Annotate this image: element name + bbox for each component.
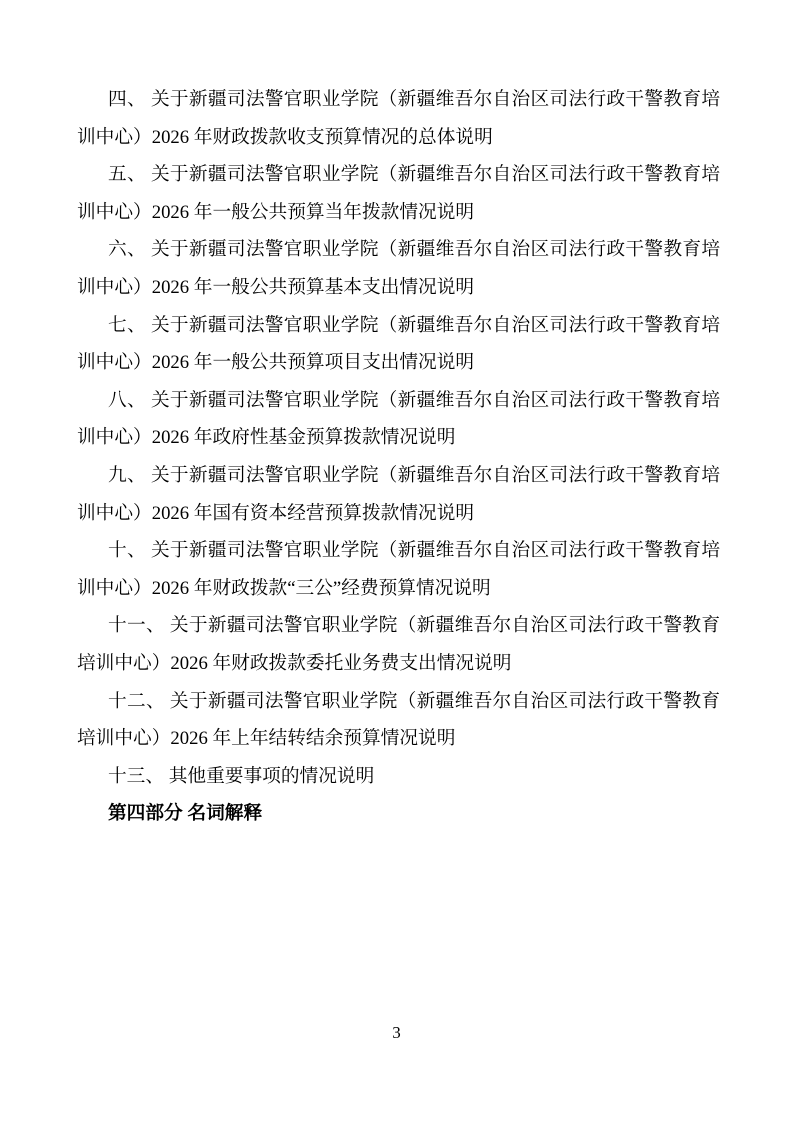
page-number: 3 bbox=[0, 1022, 793, 1044]
toc-item: 六、 关于新疆司法警官职业学院（新疆维吾尔自治区司法行政干警教育培训中心）202… bbox=[77, 231, 720, 306]
toc-item: 五、 关于新疆司法警官职业学院（新疆维吾尔自治区司法行政干警教育培训中心）202… bbox=[77, 156, 720, 231]
toc-item-number: 七、 bbox=[108, 315, 146, 336]
toc-item-number: 六、 bbox=[108, 239, 146, 260]
toc-item: 四、 关于新疆司法警官职业学院（新疆维吾尔自治区司法行政干警教育培训中心）202… bbox=[77, 81, 720, 156]
toc-item-number: 五、 bbox=[108, 164, 146, 185]
toc-item-number: 九、 bbox=[108, 465, 146, 486]
toc-item-number: 十三、 bbox=[108, 766, 164, 787]
toc-item-title: 关于新疆司法警官职业学院（新疆维吾尔自治区司法行政干警教育培训中心）2026 年… bbox=[77, 615, 720, 674]
toc-item-number: 八、 bbox=[108, 390, 146, 411]
toc-item: 十三、 其他重要事项的情况说明 bbox=[77, 758, 720, 796]
toc-item-title: 关于新疆司法警官职业学院（新疆维吾尔自治区司法行政干警教育培训中心）2026 年… bbox=[77, 239, 720, 298]
toc-item-title: 其他重要事项的情况说明 bbox=[169, 766, 375, 787]
toc-item-title: 关于新疆司法警官职业学院（新疆维吾尔自治区司法行政干警教育培训中心）2026 年… bbox=[77, 164, 720, 223]
toc-item-title: 关于新疆司法警官职业学院（新疆维吾尔自治区司法行政干警教育培训中心）2026 年… bbox=[77, 315, 720, 374]
toc-item-title: 关于新疆司法警官职业学院（新疆维吾尔自治区司法行政干警教育培训中心）2026 年… bbox=[77, 540, 720, 599]
document-page: 四、 关于新疆司法警官职业学院（新疆维吾尔自治区司法行政干警教育培训中心）202… bbox=[0, 0, 793, 1122]
toc-item: 十、 关于新疆司法警官职业学院（新疆维吾尔自治区司法行政干警教育培训中心）202… bbox=[77, 532, 720, 607]
toc-item: 十一、 关于新疆司法警官职业学院（新疆维吾尔自治区司法行政干警教育培训中心）20… bbox=[77, 607, 720, 682]
toc-item: 八、 关于新疆司法警官职业学院（新疆维吾尔自治区司法行政干警教育培训中心）202… bbox=[77, 382, 720, 457]
toc-item: 十二、 关于新疆司法警官职业学院（新疆维吾尔自治区司法行政干警教育培训中心）20… bbox=[77, 683, 720, 758]
toc-item-title: 关于新疆司法警官职业学院（新疆维吾尔自治区司法行政干警教育培训中心）2026 年… bbox=[77, 390, 720, 449]
toc-item-number: 十二、 bbox=[108, 691, 165, 712]
toc-content: 四、 关于新疆司法警官职业学院（新疆维吾尔自治区司法行政干警教育培训中心）202… bbox=[77, 81, 720, 833]
toc-item-title: 关于新疆司法警官职业学院（新疆维吾尔自治区司法行政干警教育培训中心）2026 年… bbox=[77, 691, 720, 750]
section-heading: 第四部分 名词解释 bbox=[77, 795, 720, 833]
toc-item: 七、 关于新疆司法警官职业学院（新疆维吾尔自治区司法行政干警教育培训中心）202… bbox=[77, 307, 720, 382]
toc-item-title: 关于新疆司法警官职业学院（新疆维吾尔自治区司法行政干警教育培训中心）2026 年… bbox=[77, 465, 720, 524]
toc-item: 九、 关于新疆司法警官职业学院（新疆维吾尔自治区司法行政干警教育培训中心）202… bbox=[77, 457, 720, 532]
toc-item-number: 四、 bbox=[108, 89, 146, 110]
toc-item-title: 关于新疆司法警官职业学院（新疆维吾尔自治区司法行政干警教育培训中心）2026 年… bbox=[77, 89, 720, 148]
toc-item-number: 十、 bbox=[108, 540, 146, 561]
toc-item-number: 十一、 bbox=[108, 615, 165, 636]
